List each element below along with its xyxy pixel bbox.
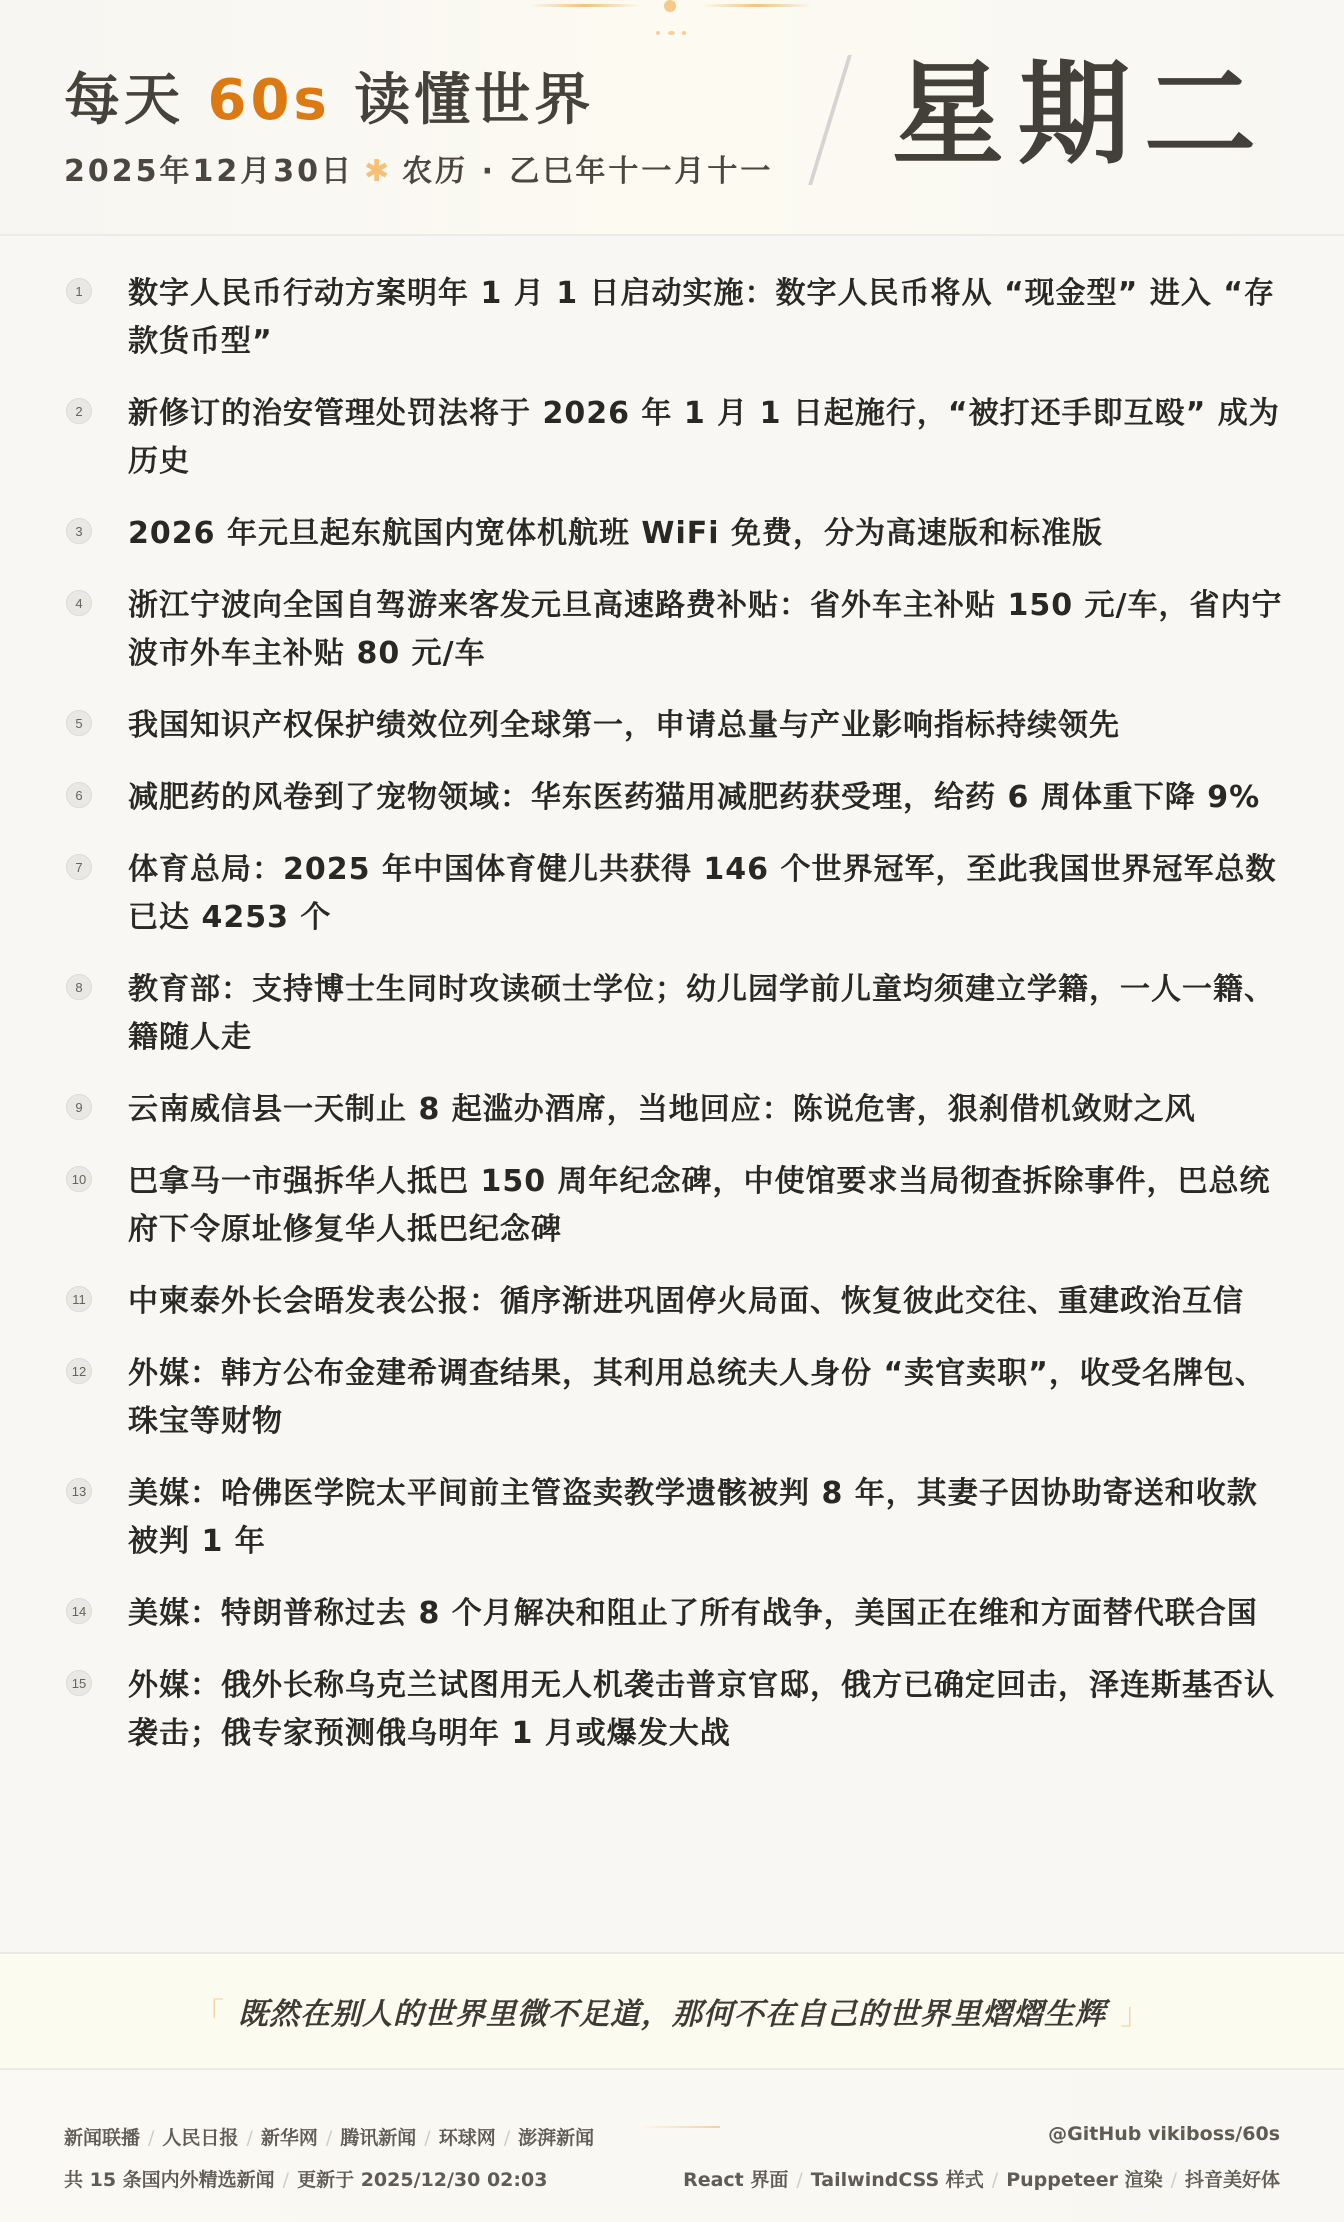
news-item: 12外媒：韩方公布金建希调查结果，其利用总统夫人身份 “卖官卖职”，收受名牌包、… [0,1350,1344,1446]
news-count: 共 15 条国内外精选新闻 [64,2169,275,2191]
news-item: 6减肥药的风卷到了宠物领域：华东医药猫用减肥药获受理，给药 6 周体重下降 9% [0,774,1344,822]
news-item: 8教育部：支持博士生同时攻读硕士学位；幼儿园学前儿童均须建立学籍，一人一籍、籍随… [0,966,1344,1062]
github-link[interactable]: @GitHub vikiboss/60s [1048,2123,1280,2145]
footer-accent-line [640,2126,720,2128]
header: 每天 60s 读懂世界 2025年12月30日✱农历 · 乙巳年十一月十一 星期… [0,0,1344,236]
quote-open-icon: 「 [194,1989,224,2033]
news-text: 体育总局：2025 年中国体育健儿共获得 146 个世界冠军，至此我国世界冠军总… [128,846,1284,942]
news-item: 2新修订的治安管理处罚法将于 2026 年 1 月 1 日起施行，“被打还手即互… [0,390,1344,486]
number-badge: 9 [66,1094,92,1120]
news-item: 7体育总局：2025 年中国体育健儿共获得 146 个世界冠军，至此我国世界冠军… [0,846,1344,942]
news-text: 我国知识产权保护绩效位列全球第一，申请总量与产业影响指标持续领先 [128,702,1284,750]
source-link[interactable]: 人民日报 [162,2127,238,2149]
number-badge: 8 [66,974,92,1000]
number-badge: 7 [66,854,92,880]
news-item: 9云南威信县一天制止 8 起滥办酒席，当地回应：陈说危害，狠刹借机敛财之风 [0,1086,1344,1134]
footer: 新闻联播/人民日报/新华网/腾讯新闻/环球网/澎湃新闻 共 15 条国内外精选新… [0,2072,1344,2222]
ornament-line-right [702,4,812,7]
source-link[interactable]: 新闻联播 [64,2127,140,2149]
news-text: 新修订的治安管理处罚法将于 2026 年 1 月 1 日起施行，“被打还手即互殴… [128,390,1284,486]
news-text: 美媒：哈佛医学院太平间前主管盗卖教学遗骸被判 8 年，其妻子因协助寄送和收款被判… [128,1470,1284,1566]
number-badge: 4 [66,590,92,616]
number-badge: 14 [66,1598,92,1624]
top-ornament [0,0,1344,40]
news-item: 1数字人民币行动方案明年 1 月 1 日启动实施：数字人民币将从 “现金型” 进… [0,270,1344,366]
daily-quote: 既然在别人的世界里微不足道，那何不在自己的世界里熠熠生辉 [238,1989,1106,2033]
date-line: 2025年12月30日✱农历 · 乙巳年十一月十一 [64,146,773,190]
number-badge: 13 [66,1478,92,1504]
news-item: 13美媒：哈佛医学院太平间前主管盗卖教学遗骸被判 8 年，其妻子因协助寄送和收款… [0,1470,1344,1566]
page-title: 每天 60s 读懂世界 [64,56,594,136]
tech-stack: React 界面/TailwindCSS 样式/Puppeteer 渲染/抖音美… [683,2165,1280,2192]
number-badge: 10 [66,1166,92,1192]
news-item: 15外媒：俄外长称乌克兰试图用无人机袭击普京官邸，俄方已确定回击，泽连斯基否认袭… [0,1662,1344,1758]
news-item: 11中柬泰外长会晤发表公报：循序渐进巩固停火局面、恢复彼此交往、重建政治互信 [0,1278,1344,1326]
news-text: 巴拿马一市强拆华人抵巴 150 周年纪念碑，中使馆要求当局彻查拆除事件，巴总统府… [128,1158,1284,1254]
news-text: 云南威信县一天制止 8 起滥办酒席，当地回应：陈说危害，狠刹借机敛财之风 [128,1086,1284,1134]
lunar-date: 农历 · 乙巳年十一月十一 [402,154,773,189]
number-badge: 2 [66,398,92,424]
news-item: 32026 年元旦起东航国内宽体机航班 WiFi 免费，分为高速版和标准版 [0,510,1344,558]
news-text: 外媒：俄外长称乌克兰试图用无人机袭击普京官邸，俄方已确定回击，泽连斯基否认袭击；… [128,1662,1284,1758]
quote-band: 「 既然在别人的世界里微不足道，那何不在自己的世界里熠熠生辉 」 [0,1952,1344,2070]
news-item: 10巴拿马一市强拆华人抵巴 150 周年纪念碑，中使馆要求当局彻查拆除事件，巴总… [0,1158,1344,1254]
news-text: 浙江宁波向全国自驾游来客发元旦高速路费补贴：省外车主补贴 150 元/车，省内宁… [128,582,1284,678]
source-link[interactable]: 澎湃新闻 [518,2127,594,2149]
news-text: 2026 年元旦起东航国内宽体机航班 WiFi 免费，分为高速版和标准版 [128,510,1284,558]
number-badge: 6 [66,782,92,808]
number-badge: 5 [66,710,92,736]
news-item: 14美媒：特朗普称过去 8 个月解决和阻止了所有战争，美国正在维和方面替代联合国 [0,1590,1344,1638]
news-text: 减肥药的风卷到了宠物领域：华东医药猫用减肥药获受理，给药 6 周体重下降 9% [128,774,1284,822]
news-text: 外媒：韩方公布金建希调查结果，其利用总统夫人身份 “卖官卖职”，收受名牌包、珠宝… [128,1350,1284,1446]
ornament-line-left [530,4,640,7]
news-text: 中柬泰外长会晤发表公报：循序渐进巩固停火局面、恢复彼此交往、重建政治互信 [128,1278,1284,1326]
title-accent: 60s [208,68,331,133]
news-text: 教育部：支持博士生同时攻读硕士学位；幼儿园学前儿童均须建立学籍，一人一籍、籍随人… [128,966,1284,1062]
news-text: 数字人民币行动方案明年 1 月 1 日启动实施：数字人民币将从 “现金型” 进入… [128,270,1284,366]
number-badge: 12 [66,1358,92,1384]
source-link[interactable]: 腾讯新闻 [340,2127,416,2149]
news-item: 5我国知识产权保护绩效位列全球第一，申请总量与产业影响指标持续领先 [0,702,1344,750]
ornament-dots-icon [656,31,686,35]
number-badge: 11 [66,1286,92,1312]
news-list: 1数字人民币行动方案明年 1 月 1 日启动实施：数字人民币将从 “现金型” 进… [0,270,1344,1782]
weekday: 星期二 [892,48,1270,182]
updated-time: 更新于 2025/12/30 02:03 [297,2169,547,2191]
date-text: 2025年12月30日 [64,154,354,189]
news-meta: 共 15 条国内外精选新闻/更新于 2025/12/30 02:03 [64,2165,547,2192]
news-item: 4浙江宁波向全国自驾游来客发元旦高速路费补贴：省外车主补贴 150 元/车，省内… [0,582,1344,678]
divider-slash [808,55,852,185]
ornament-dot-icon [664,0,676,12]
number-badge: 3 [66,518,92,544]
source-link[interactable]: 新华网 [261,2127,318,2149]
star-icon: ✱ [364,154,392,189]
news-sources: 新闻联播/人民日报/新华网/腾讯新闻/环球网/澎湃新闻 [64,2123,594,2150]
news-text: 美媒：特朗普称过去 8 个月解决和阻止了所有战争，美国正在维和方面替代联合国 [128,1590,1284,1638]
number-badge: 1 [66,278,92,304]
quote-close-icon: 」 [1120,1989,1150,2033]
source-link[interactable]: 环球网 [439,2127,496,2149]
number-badge: 15 [66,1670,92,1696]
